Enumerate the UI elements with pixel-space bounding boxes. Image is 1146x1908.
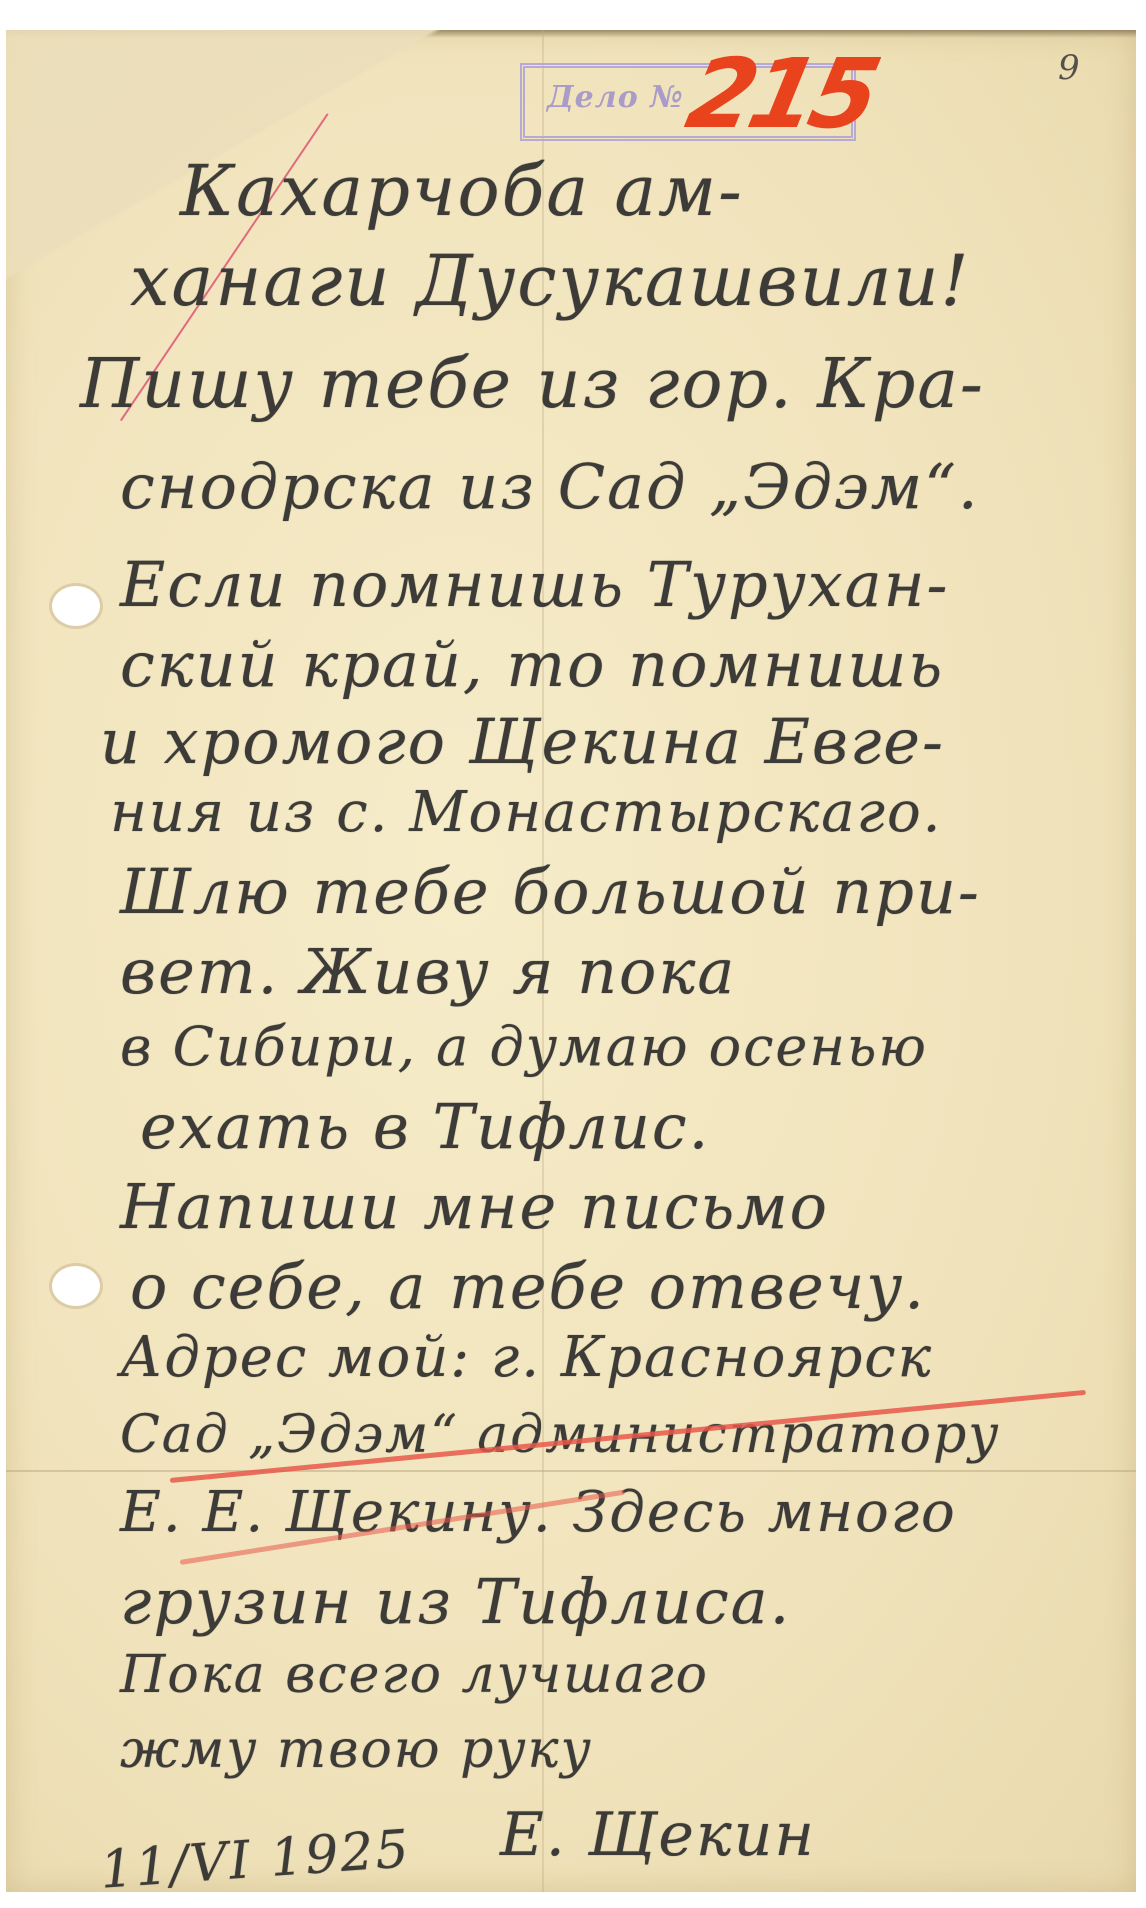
punch-hole <box>52 586 100 626</box>
fold-line <box>6 1470 1136 1472</box>
letter-line: Адрес мой: г. Красноярск <box>120 1325 933 1390</box>
page-number: 9 <box>1058 48 1080 88</box>
letter-line: Пока всего лучшаго <box>120 1645 709 1705</box>
signature: Е. Щекин <box>500 1800 816 1870</box>
letter-line: и хромого Щекина Евге- <box>100 705 945 778</box>
letter-line: снодрска из Сад „Эдэм“. <box>120 450 980 523</box>
letter-line: грузин из Тифлиса. <box>120 1565 791 1638</box>
case-number: 215 <box>678 38 884 150</box>
closing-line: жму твою руку <box>120 1720 593 1780</box>
letter-line: в Сибири, а думаю осенью <box>120 1015 928 1078</box>
stamp-label: Дело № <box>547 80 684 115</box>
letter-line: вет. Живу я пока <box>120 935 736 1008</box>
letter-line: ехать в Тифлис. <box>140 1090 710 1163</box>
letter-line: Если помнишь Турухан- <box>120 548 949 621</box>
letter-line: ский край, то помнишь <box>120 628 944 701</box>
address-line-underlined: Е. Е. Щекину. Здесь много <box>120 1480 957 1545</box>
letter-line: о себе, а тебе отвечу. <box>130 1250 926 1323</box>
letter-line: Пишу тебе из гор. Кра- <box>80 345 985 424</box>
letter-line: Шлю тебе большой при- <box>120 855 981 928</box>
punch-hole <box>52 1266 100 1306</box>
greeting-line: ханаги Дусукашвили! <box>130 240 971 322</box>
greeting-line: Кахарчоба ам- <box>180 150 744 232</box>
letter-line: ния из с. Монастырскаго. <box>110 780 942 845</box>
letter-line: Напиши мне письмо <box>120 1170 829 1243</box>
